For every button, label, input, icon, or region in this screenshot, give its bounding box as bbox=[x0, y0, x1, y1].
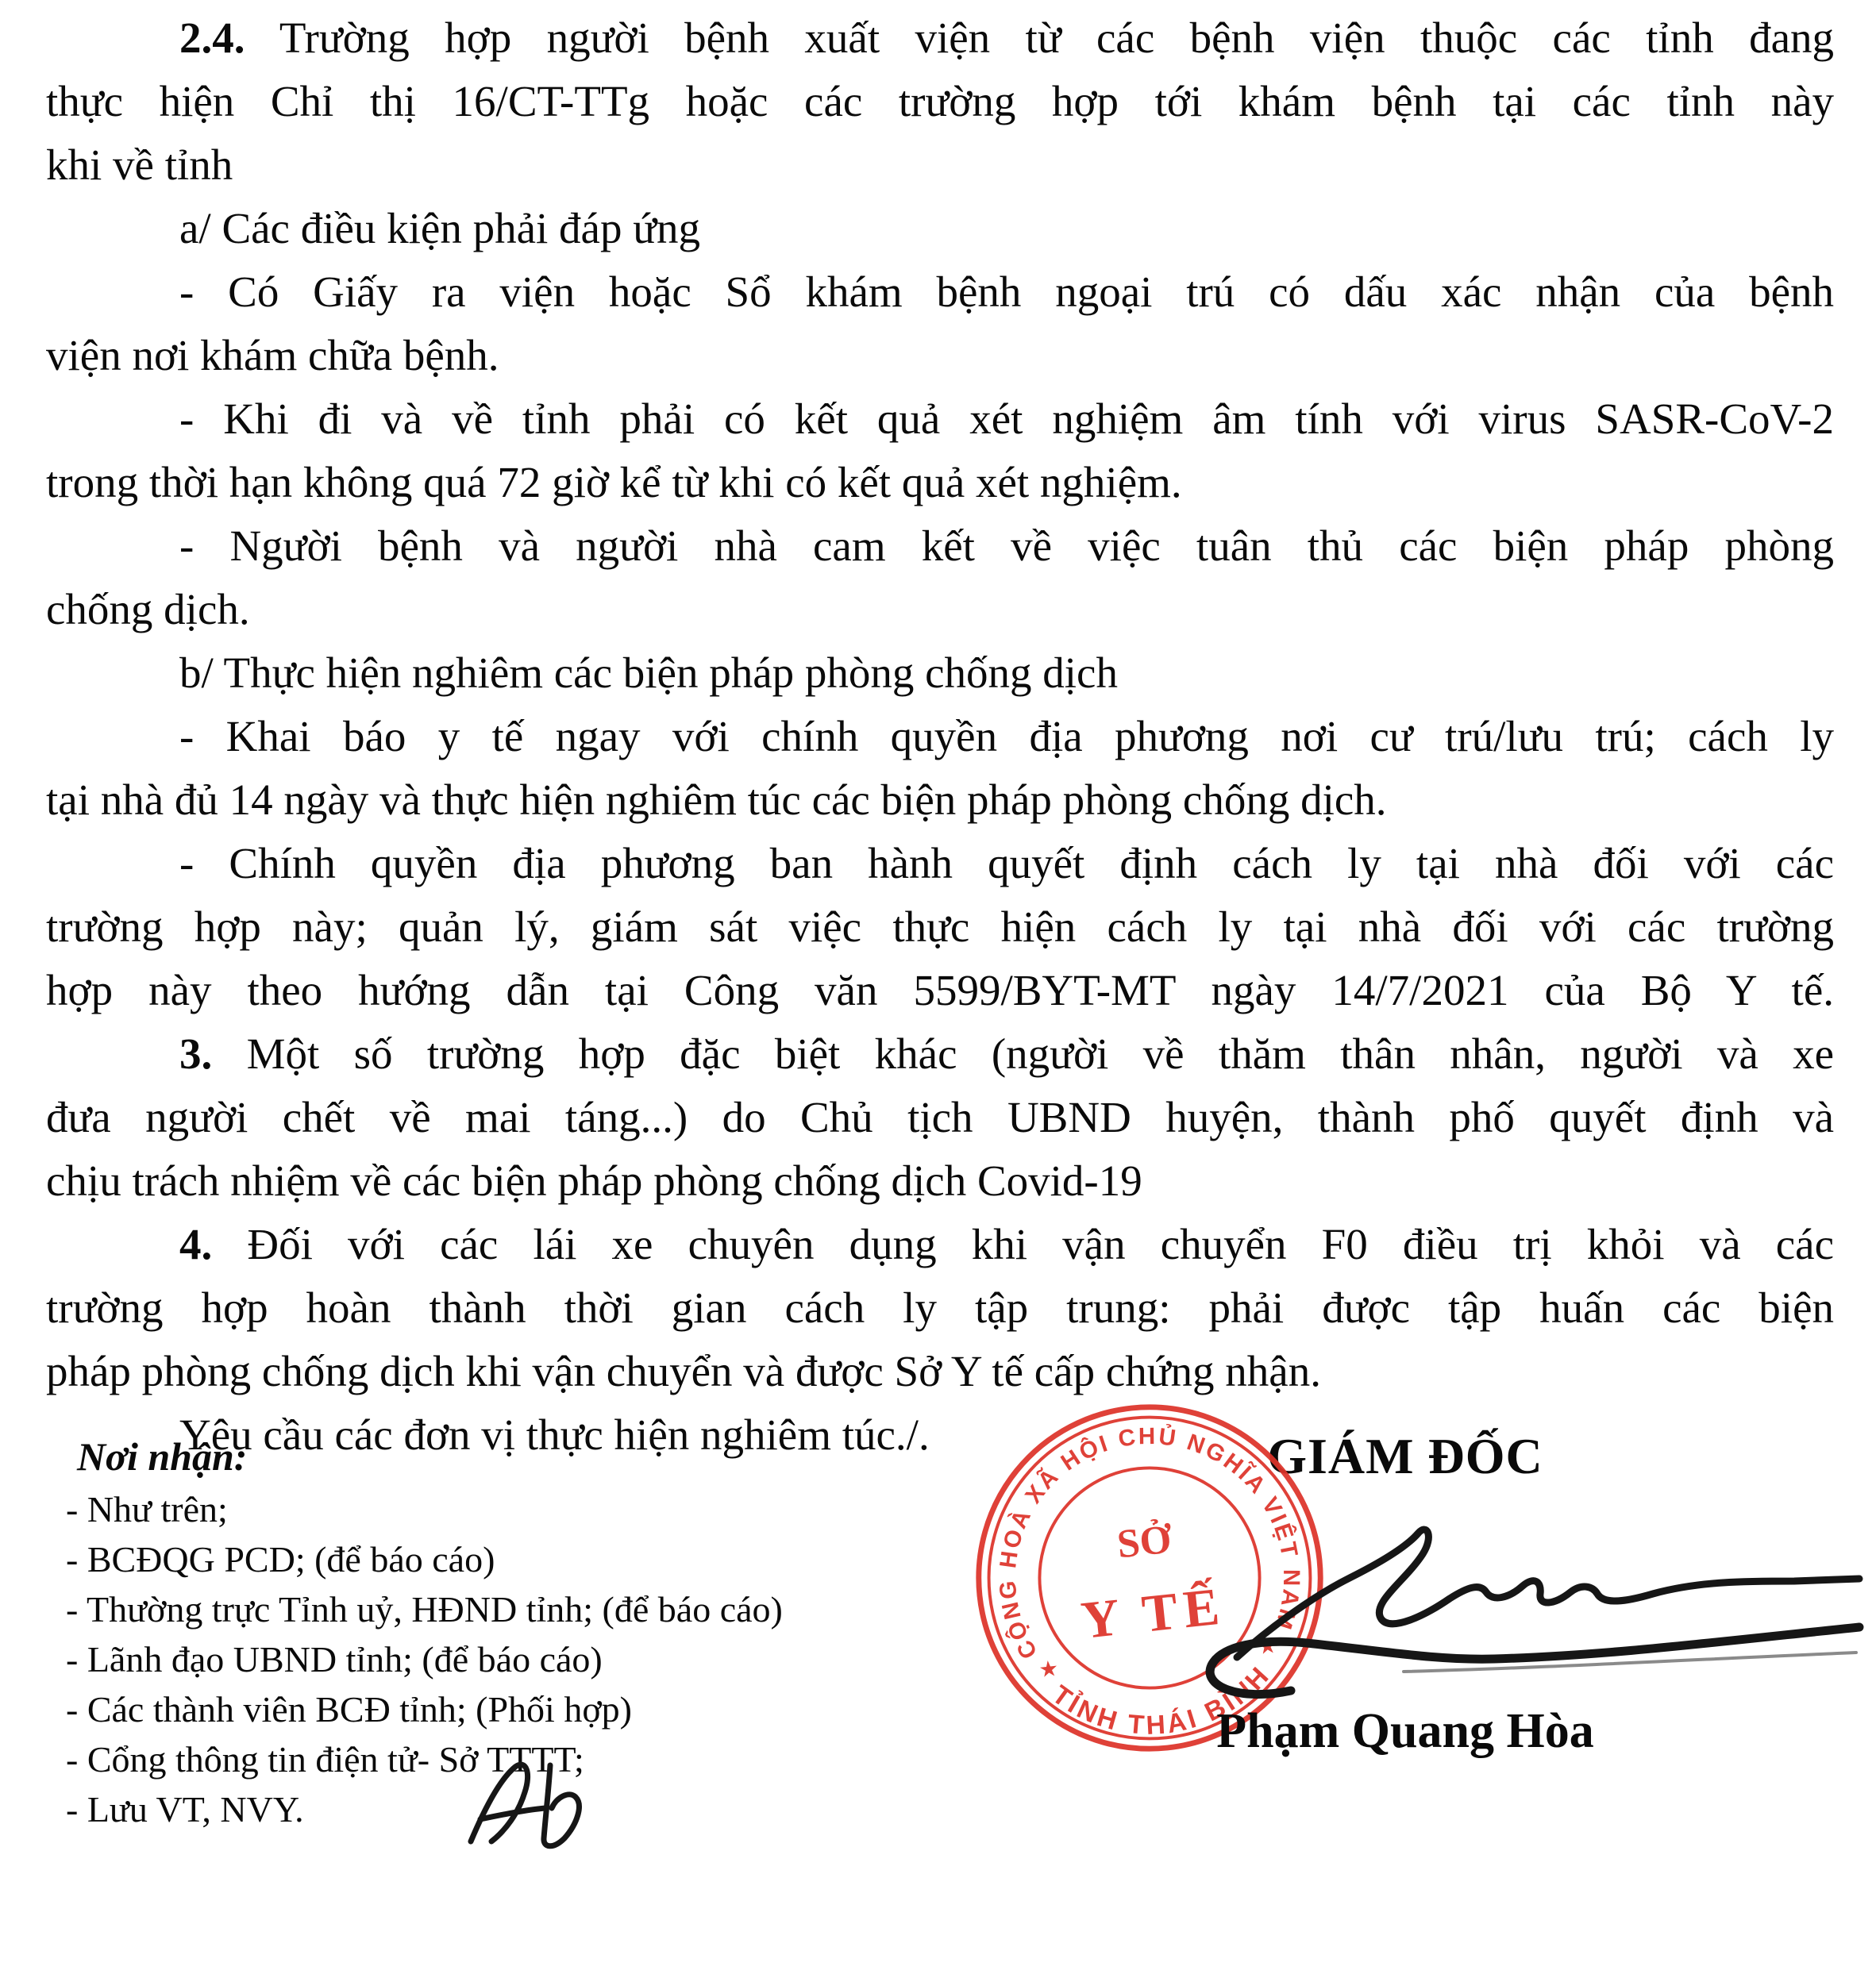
body-line: - Người bệnh và người nhà cam kết về việ… bbox=[46, 514, 1834, 578]
body-line: 3. Một số trường hợp đặc biệt khác (ngườ… bbox=[46, 1022, 1834, 1086]
body-line-text: chịu trách nhiệm về các biện pháp phòng … bbox=[46, 1156, 1142, 1205]
body-line-text: thực hiện Chỉ thị 16/CT-TTg hoặc các trư… bbox=[46, 77, 1834, 125]
body-line: 2.4. Trường hợp người bệnh xuất viện từ … bbox=[46, 6, 1834, 70]
star-icon: ★ bbox=[1038, 1656, 1060, 1682]
recipient-item: - Lưu VT, NVY. bbox=[66, 1784, 783, 1834]
recipient-item: - Như trên; bbox=[66, 1484, 783, 1534]
body-line: khi về tỉnh bbox=[46, 133, 1834, 197]
recipient-item: - BCĐQG PCD; (để báo cáo) bbox=[66, 1534, 783, 1584]
paragraph-number: 4. bbox=[179, 1220, 212, 1268]
initials-stroke bbox=[471, 1764, 528, 1841]
signer-name: Phạm Quang Hòa bbox=[1159, 1703, 1651, 1760]
recipient-item: - Các thành viên BCĐ tỉnh; (Phối hợp) bbox=[66, 1684, 783, 1734]
body-line-text: Một số trường hợp đặc biệt khác (người v… bbox=[247, 1029, 1834, 1078]
body-line: đưa người chết về mai táng...) do Chủ tị… bbox=[46, 1086, 1834, 1149]
body-line: trong thời hạn không quá 72 giờ kể từ kh… bbox=[46, 451, 1834, 514]
body-line: - Có Giấy ra viện hoặc Sổ khám bệnh ngoạ… bbox=[46, 260, 1834, 324]
body-line-text: trong thời hạn không quá 72 giờ kể từ kh… bbox=[46, 458, 1182, 506]
recipient-item: - Lãnh đạo UBND tỉnh; (để báo cáo) bbox=[66, 1634, 783, 1684]
body-line-text: chống dịch. bbox=[46, 585, 250, 633]
paragraph-number: 2.4. bbox=[179, 13, 245, 62]
document-page: 2.4. Trường hợp người bệnh xuất viện từ … bbox=[0, 0, 1876, 1974]
body-line: chịu trách nhiệm về các biện pháp phòng … bbox=[46, 1149, 1834, 1213]
body-line: - Khi đi và về tỉnh phải có kết quả xét … bbox=[46, 387, 1834, 451]
body-line: 4. Đối với các lái xe chuyên dụng khi vậ… bbox=[46, 1213, 1834, 1276]
recipients-label: Nơi nhận: bbox=[77, 1429, 783, 1484]
recipient-item: - Thường trực Tỉnh uỷ, HĐND tỉnh; (để bá… bbox=[66, 1584, 783, 1634]
recipients-block: Nơi nhận: - Như trên; - BCĐQG PCD; (để b… bbox=[66, 1429, 783, 1834]
body-line: chống dịch. bbox=[46, 578, 1834, 641]
body-line-text: b/ Thực hiện nghiêm các biện pháp phòng … bbox=[179, 648, 1118, 697]
body-line: tại nhà đủ 14 ngày và thực hiện nghiêm t… bbox=[46, 768, 1834, 832]
body-line: trường hợp hoàn thành thời gian cách ly … bbox=[46, 1276, 1834, 1340]
body-line-text: - Người bệnh và người nhà cam kết về việ… bbox=[179, 521, 1834, 570]
initials-stroke bbox=[544, 1765, 579, 1846]
body-line-text: Đối với các lái xe chuyên dụng khi vận c… bbox=[247, 1220, 1834, 1268]
body-line-text: a/ Các điều kiện phải đáp ứng bbox=[179, 204, 700, 252]
paragraph-number: 3. bbox=[179, 1029, 212, 1078]
body-line-text: đưa người chết về mai táng...) do Chủ tị… bbox=[46, 1093, 1834, 1141]
body-line-text: Trường hợp người bệnh xuất viện từ các b… bbox=[279, 13, 1834, 62]
body-line: viện nơi khám chữa bệnh. bbox=[46, 324, 1834, 387]
body-line-text: trường hợp hoàn thành thời gian cách ly … bbox=[46, 1283, 1834, 1332]
body-line: hợp này theo hướng dẫn tại Công văn 5599… bbox=[46, 959, 1834, 1022]
body-line: pháp phòng chống dịch khi vận chuyển và … bbox=[46, 1340, 1834, 1403]
signature-stroke bbox=[1210, 1627, 1859, 1695]
body-line: b/ Thực hiện nghiêm các biện pháp phòng … bbox=[46, 641, 1834, 705]
signature-scribble bbox=[1135, 1502, 1866, 1708]
body-line-text: - Khai báo y tế ngay với chính quyền địa… bbox=[179, 712, 1834, 760]
body-line-text: pháp phòng chống dịch khi vận chuyển và … bbox=[46, 1347, 1321, 1395]
body-line-text: - Có Giấy ra viện hoặc Sổ khám bệnh ngoạ… bbox=[179, 267, 1834, 316]
body-line-text: trường hợp này; quản lý, giám sát việc t… bbox=[46, 902, 1834, 951]
body-line: trường hợp này; quản lý, giám sát việc t… bbox=[46, 895, 1834, 959]
document-body: 2.4. Trường hợp người bệnh xuất viện từ … bbox=[46, 6, 1834, 1467]
body-line-text: viện nơi khám chữa bệnh. bbox=[46, 331, 499, 379]
recipient-item: - Cổng thông tin điện tử- Sở TTTT; bbox=[66, 1734, 783, 1784]
body-line-text: - Khi đi và về tỉnh phải có kết quả xét … bbox=[179, 394, 1834, 443]
body-line-text: - Chính quyền địa phương ban hành quyết … bbox=[179, 839, 1834, 887]
body-line-text: khi về tỉnh bbox=[46, 140, 233, 189]
body-line-text: hợp này theo hướng dẫn tại Công văn 5599… bbox=[46, 966, 1834, 1014]
body-line: thực hiện Chỉ thị 16/CT-TTg hoặc các trư… bbox=[46, 70, 1834, 133]
body-line: a/ Các điều kiện phải đáp ứng bbox=[46, 197, 1834, 260]
body-line: - Khai báo y tế ngay với chính quyền địa… bbox=[46, 705, 1834, 768]
body-line: - Chính quyền địa phương ban hành quyết … bbox=[46, 832, 1834, 895]
body-line-text: tại nhà đủ 14 ngày và thực hiện nghiêm t… bbox=[46, 775, 1387, 824]
initials-scribble bbox=[445, 1745, 611, 1856]
